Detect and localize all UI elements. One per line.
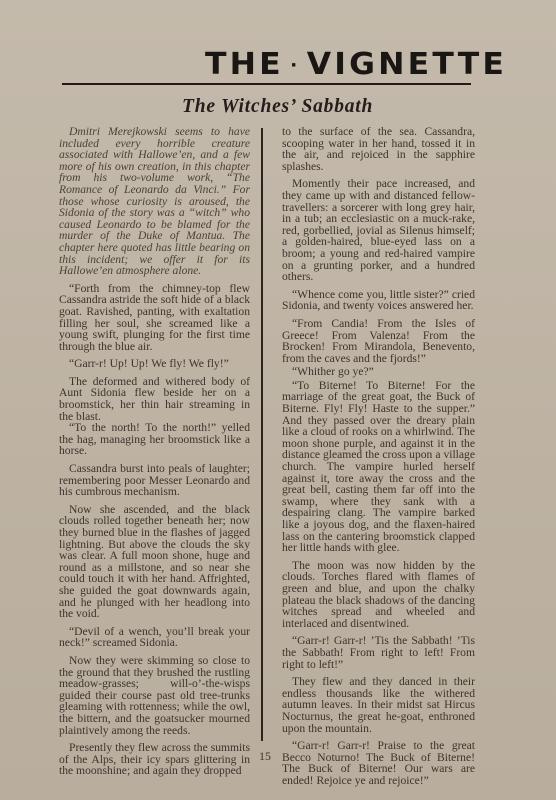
paragraph: The deformed and withered body of Aunt S… bbox=[59, 376, 250, 422]
paragraph: “Whither go ye?” bbox=[282, 366, 475, 378]
paragraph: The moon was now hidden by the clouds. T… bbox=[282, 560, 475, 630]
paragraph: “Whence come you, little sister?” cried … bbox=[282, 289, 475, 312]
paragraph: They flew and they danced in their endle… bbox=[282, 676, 475, 734]
paragraph: “To the north! To the north!” yelled the… bbox=[59, 422, 250, 457]
right-column: to the surface of the sea. Cassandra, sc… bbox=[282, 126, 475, 792]
masthead-vignette: VIGNETTE bbox=[307, 47, 507, 82]
masthead-the: THE bbox=[205, 47, 284, 82]
paragraph: Cassandra burst into peals of laughter; … bbox=[59, 463, 250, 498]
header-rule bbox=[62, 83, 471, 85]
masthead: THE·VIGNETTE bbox=[205, 47, 489, 83]
paragraph: Now she ascended, and the black clouds r… bbox=[59, 504, 250, 620]
paragraph: Presently they flew across the summits o… bbox=[59, 742, 250, 777]
article-title: The Witches’ Sabbath bbox=[182, 96, 422, 118]
page-number: 15 bbox=[253, 749, 277, 764]
masthead-separator: · bbox=[290, 55, 300, 76]
paragraph: “Garr-r! Garr-r! ’Tis the Sabbath! ’Tis … bbox=[282, 635, 475, 670]
intro-note: Dmitri Merejkowski seems to have include… bbox=[59, 126, 250, 277]
column-divider bbox=[261, 128, 263, 741]
paragraph: “From Candia! From the Isles of Greece! … bbox=[282, 318, 475, 364]
paragraph: “Garr-r! Up! Up! We fly! We fly!” bbox=[59, 358, 250, 370]
paragraph: “Forth from the chimney-top flew Cassand… bbox=[59, 283, 250, 353]
paragraph: “Devil of a wench, you’ll break your nec… bbox=[59, 626, 250, 649]
left-column: Dmitri Merejkowski seems to have include… bbox=[59, 126, 250, 783]
paragraph: Momently their pace increased, and they … bbox=[282, 178, 475, 282]
paragraph: “To Biterne! To Biterne! For the marriag… bbox=[282, 380, 475, 554]
paragraph: “Garr-r! Garr-r! Praise to the great Bec… bbox=[282, 740, 475, 786]
paragraph: Now they were skimming so close to the g… bbox=[59, 655, 250, 736]
paragraph: to the surface of the sea. Cassandra, sc… bbox=[282, 126, 475, 172]
